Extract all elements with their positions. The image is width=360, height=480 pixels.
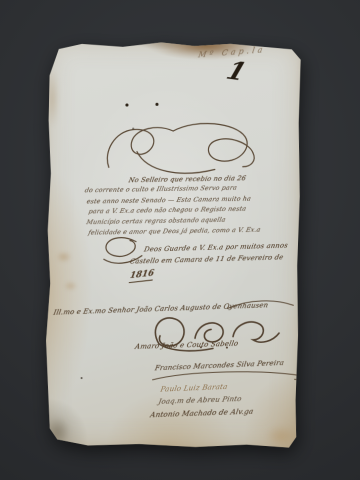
page-number: 1 xyxy=(224,58,250,84)
edge-wear-shading xyxy=(45,69,60,129)
addressee-tail-flourish-icon xyxy=(225,297,295,312)
opening-flourish-icon xyxy=(103,121,274,183)
ink-dot xyxy=(155,103,158,106)
foxing-spot xyxy=(56,251,72,263)
signature: Antonio Machado de Alv.ga xyxy=(150,407,254,418)
ink-dot xyxy=(125,104,128,107)
photograph-of-manuscript: Mº Cap.la 1 No Selleiro que recebio no d… xyxy=(0,0,360,480)
document-sheet-wrapper: Mº Cap.la 1 No Selleiro que recebio no d… xyxy=(42,39,302,450)
body-line: Município certas regras obstando aquella xyxy=(86,217,226,226)
rubric-monogram-flourish-icon xyxy=(143,312,283,357)
signature: Joaq.m de Abreu Pinto xyxy=(158,396,242,406)
signature: Paulo Luiz Barata xyxy=(160,383,228,393)
foxing-spot xyxy=(266,425,296,447)
body-line: para a V. Ex.a cedo não chegou o Registo… xyxy=(88,207,247,216)
foxing-spot xyxy=(64,281,78,291)
dateline-year: 1816 xyxy=(129,269,155,282)
ink-dot xyxy=(81,377,83,379)
manuscript-paper: Mº Cap.la 1 No Selleiro que recebio no d… xyxy=(42,39,302,450)
closing-line: Deos Guarde a V. Ex.a por muitos annos xyxy=(143,242,288,253)
body-line: do corrente o culto e Illustrissimo Serv… xyxy=(84,186,237,195)
body-line: este anno neste Senado — Esta Camara mui… xyxy=(86,196,252,205)
foxing-spot xyxy=(46,417,70,447)
closing-line: Castello em Camara de 11 de Fevereiro de xyxy=(129,254,284,265)
